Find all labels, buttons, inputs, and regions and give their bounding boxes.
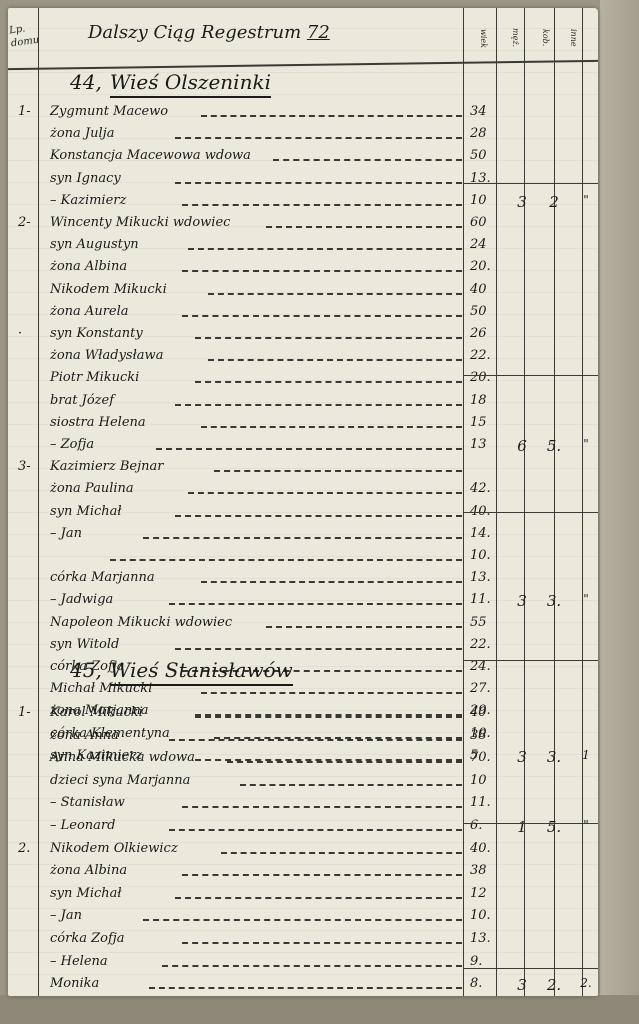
leader-dots	[175, 404, 462, 406]
leader-dots	[175, 648, 462, 650]
age-value: 10.	[470, 548, 500, 563]
age-value: 11.	[470, 795, 500, 810]
village-heading: 45,Wieś Stanisławów	[70, 658, 293, 682]
person-name: dzieci syna Marjanna	[50, 773, 190, 788]
person-name: syn Michał	[50, 886, 122, 901]
female-count: 2.	[544, 976, 564, 994]
register-row: 3-Kazimierz Bejnar	[50, 459, 590, 481]
village-number: 45,	[70, 658, 102, 682]
age-value: 24	[470, 237, 500, 252]
age-value: 10	[470, 193, 500, 208]
person-name: Monika	[50, 976, 99, 991]
register-row: Anna Mikucka wdowa70.	[50, 750, 590, 772]
person-name: brat Józef	[50, 393, 114, 408]
household-number: 3-	[18, 459, 40, 474]
person-name: żona Paulina	[50, 481, 134, 496]
age-value: 40	[470, 282, 500, 297]
leader-dots	[182, 270, 463, 272]
leader-dots	[182, 874, 463, 876]
person-name: syn Ignacy	[50, 171, 121, 186]
register-row: syn Augustyn24	[50, 237, 590, 259]
leader-dots	[266, 226, 462, 228]
leader-dots	[149, 987, 462, 989]
age-value: 14.	[470, 526, 500, 541]
person-name: żona Władysława	[50, 348, 163, 363]
register-row: – Jadwiga11.33."	[50, 592, 590, 614]
person-name: – Jan	[50, 908, 82, 923]
person-name: – Kazimierz	[50, 193, 126, 208]
age-value: 8.	[470, 976, 500, 991]
person-name: Nikodem Mikucki	[50, 282, 167, 297]
person-name: Karol Mikucki	[50, 705, 143, 720]
leader-dots	[188, 492, 462, 494]
age-value: 40	[470, 705, 500, 720]
column-header-female: kob.	[532, 16, 550, 60]
age-value: 18	[470, 393, 500, 408]
other-count: "	[576, 818, 596, 832]
background-surface	[600, 0, 639, 1024]
village-name: Wieś Stanisławów	[110, 658, 293, 686]
register-page: Lp. domu Dalszy Ciąg Regestrum 72 wiek m…	[8, 8, 598, 996]
register-row: Monika8.32.2.	[50, 976, 590, 996]
register-row: 1-Karol Mikucki40	[50, 705, 590, 727]
person-name: – Zofja	[50, 437, 94, 452]
register-row: – Jan14.	[50, 526, 590, 548]
household-number: 2.	[18, 841, 40, 856]
age-value: 38	[470, 863, 500, 878]
leader-dots	[182, 204, 463, 206]
leader-dots	[195, 337, 463, 339]
heading-text: Dalszy Ciąg Regestrum	[88, 22, 301, 43]
other-count: 2.	[576, 976, 596, 990]
female-count: 5.	[544, 818, 564, 836]
leader-dots	[208, 293, 463, 295]
person-name: syn Witold	[50, 637, 119, 652]
age-value: 9.	[470, 954, 500, 969]
age-value: 70.	[470, 750, 500, 765]
leader-dots	[266, 626, 462, 628]
leader-dots	[214, 470, 462, 472]
register-row: 1-Zygmunt Macewo34	[50, 104, 590, 126]
male-count: 3	[512, 193, 532, 211]
register-row: żona Paulina42.	[50, 481, 590, 503]
register-row: syn Michał40.	[50, 504, 590, 526]
register-row: – Leonard6.15."	[50, 818, 590, 840]
age-value: 40.	[470, 841, 500, 856]
female-count: 2	[544, 193, 564, 211]
leader-dots	[188, 248, 462, 250]
age-value: 42.	[470, 481, 500, 496]
leader-dots	[182, 315, 463, 317]
register-row: żona Anna38	[50, 728, 590, 750]
person-name: – Jadwiga	[50, 592, 113, 607]
leader-dots	[221, 852, 463, 854]
age-value: 55	[470, 615, 500, 630]
register-row: żona Albina38	[50, 863, 590, 885]
leader-dots	[240, 784, 462, 786]
person-name: żona Albina	[50, 863, 127, 878]
person-name: Kazimierz Bejnar	[50, 459, 163, 474]
person-name: – Jan	[50, 526, 82, 541]
age-value: 22.	[470, 637, 500, 652]
person-name: żona Albina	[50, 259, 127, 274]
person-name: Zygmunt Macewo	[50, 104, 168, 119]
leader-dots	[169, 829, 463, 831]
person-name: córka Marjanna	[50, 570, 155, 585]
person-name: – Helena	[50, 954, 108, 969]
village-heading: 44,Wieś Olszeninki	[70, 70, 271, 94]
age-value: 20.	[470, 370, 500, 385]
register-row: Piotr Mikucki20.	[50, 370, 590, 392]
age-value: 12	[470, 886, 500, 901]
leader-dots	[175, 515, 462, 517]
person-name: – Leonard	[50, 818, 115, 833]
leader-dots	[201, 115, 462, 117]
register-row: 2-Wincenty Mikucki wdowiec60	[50, 215, 590, 237]
column-header-other: inne	[560, 16, 578, 60]
register-row: 10.	[50, 548, 590, 570]
age-value: 10	[470, 773, 500, 788]
leader-dots	[208, 359, 463, 361]
other-count: "	[576, 193, 596, 207]
household-total-rule	[463, 660, 598, 661]
person-name: córka Zofja	[50, 931, 125, 946]
age-value: 11.	[470, 592, 500, 607]
register-row: brat Józef18	[50, 393, 590, 415]
person-name: Piotr Mikucki	[50, 370, 139, 385]
household-number: 2-	[18, 215, 40, 230]
register-row: córka Marjanna13.	[50, 570, 590, 592]
register-row: – Stanisław11.	[50, 795, 590, 817]
age-value: 50	[470, 148, 500, 163]
register-row: córka Zofja13.	[50, 931, 590, 953]
age-value: 27.	[470, 681, 500, 696]
leader-dots	[156, 448, 463, 450]
register-row: syn Michał12	[50, 886, 590, 908]
person-name: Nikodem Olkiewicz	[50, 841, 178, 856]
register-row: Konstancja Macewowa wdowa50	[50, 148, 590, 170]
age-value: 28	[470, 126, 500, 141]
register-row: Napoleon Mikucki wdowiec55	[50, 615, 590, 637]
leader-dots	[201, 692, 462, 694]
leader-dots	[182, 942, 463, 944]
margin-label: Lp. domu	[8, 20, 47, 51]
heading-number: 72	[307, 22, 330, 43]
village-number: 44,	[70, 70, 102, 94]
leader-dots	[195, 381, 463, 383]
leader-dots	[201, 581, 462, 583]
register-row: żona Albina20.	[50, 259, 590, 281]
column-header-age: wiek	[470, 16, 488, 60]
age-value: 22.	[470, 348, 500, 363]
leader-dots	[175, 897, 462, 899]
leader-dots	[175, 137, 462, 139]
household-total-rule	[463, 183, 598, 184]
other-count: "	[576, 592, 596, 606]
register-row: – Helena9.	[50, 954, 590, 976]
leader-dots	[110, 559, 462, 561]
leader-dots	[201, 426, 462, 428]
leader-dots	[162, 965, 462, 967]
person-name: żona Aurela	[50, 304, 129, 319]
leader-dots	[143, 919, 463, 921]
leader-dots	[182, 806, 463, 808]
person-name: Wincenty Mikucki wdowiec	[50, 215, 230, 230]
age-value: 13.	[470, 570, 500, 585]
age-value: 13.	[470, 931, 500, 946]
register-row: siostra Helena15	[50, 415, 590, 437]
age-value: 60	[470, 215, 500, 230]
leader-dots	[169, 603, 463, 605]
register-row: 2.Nikodem Olkiewicz40.	[50, 841, 590, 863]
male-count: 3	[512, 592, 532, 610]
household-number: 1-	[18, 705, 40, 720]
leader-dots	[143, 537, 463, 539]
register-row: syn Witold22.	[50, 637, 590, 659]
leader-dots	[273, 159, 463, 161]
person-name: Konstancja Macewowa wdowa	[50, 148, 251, 163]
register-row: żona Julja28	[50, 126, 590, 148]
leader-dots	[175, 182, 462, 184]
leader-dots	[227, 761, 462, 763]
female-count: 3.	[544, 592, 564, 610]
person-name: Napoleon Mikucki wdowiec	[50, 615, 232, 630]
household-total-rule	[463, 512, 598, 513]
village-name: Wieś Olszeninki	[110, 70, 271, 98]
register-row: – Kazimierz1032"	[50, 193, 590, 215]
age-value: 6.	[470, 818, 500, 833]
male-count: 1	[512, 818, 532, 836]
household-total-rule	[463, 823, 598, 824]
background-surface-bottom	[0, 995, 639, 1024]
age-value: 38	[470, 728, 500, 743]
register-row: syn Ignacy13.	[50, 171, 590, 193]
register-row: żona Władysława22.	[50, 348, 590, 370]
person-name: żona Julja	[50, 126, 114, 141]
age-value: 13	[470, 437, 500, 452]
age-value: 34	[470, 104, 500, 119]
age-value: 15	[470, 415, 500, 430]
register-row: – Zofja1365."	[50, 437, 590, 459]
person-name: syn Konstanty	[50, 326, 143, 341]
household-total-rule	[463, 375, 598, 376]
header-rule	[8, 60, 598, 70]
age-value: 10.	[470, 908, 500, 923]
leader-dots	[195, 716, 463, 718]
male-count: 3	[512, 976, 532, 994]
register-row: ·syn Konstanty26	[50, 326, 590, 348]
household-number: 1-	[18, 104, 40, 119]
register-row: żona Aurela50	[50, 304, 590, 326]
page-heading: Dalszy Ciąg Regestrum 72	[88, 22, 330, 43]
age-value: 26	[470, 326, 500, 341]
person-name: żona Anna	[50, 728, 119, 743]
person-name: syn Michał	[50, 504, 122, 519]
household-number: ·	[18, 326, 40, 341]
column-header-male: męż.	[502, 16, 520, 60]
female-count: 5.	[544, 437, 564, 455]
person-name: – Stanisław	[50, 795, 125, 810]
age-value: 50	[470, 304, 500, 319]
leader-dots	[169, 739, 463, 741]
other-count: "	[576, 437, 596, 451]
register-row: Nikodem Mikucki40	[50, 282, 590, 304]
household-total-rule	[463, 968, 598, 969]
person-name: Anna Mikucka wdowa	[50, 750, 195, 765]
register-row: – Jan10.	[50, 908, 590, 930]
age-value: 20.	[470, 259, 500, 274]
person-name: syn Augustyn	[50, 237, 139, 252]
age-value: 24.	[470, 659, 500, 674]
register-row: dzieci syna Marjanna10	[50, 773, 590, 795]
person-name: siostra Helena	[50, 415, 146, 430]
male-count: 6	[512, 437, 532, 455]
